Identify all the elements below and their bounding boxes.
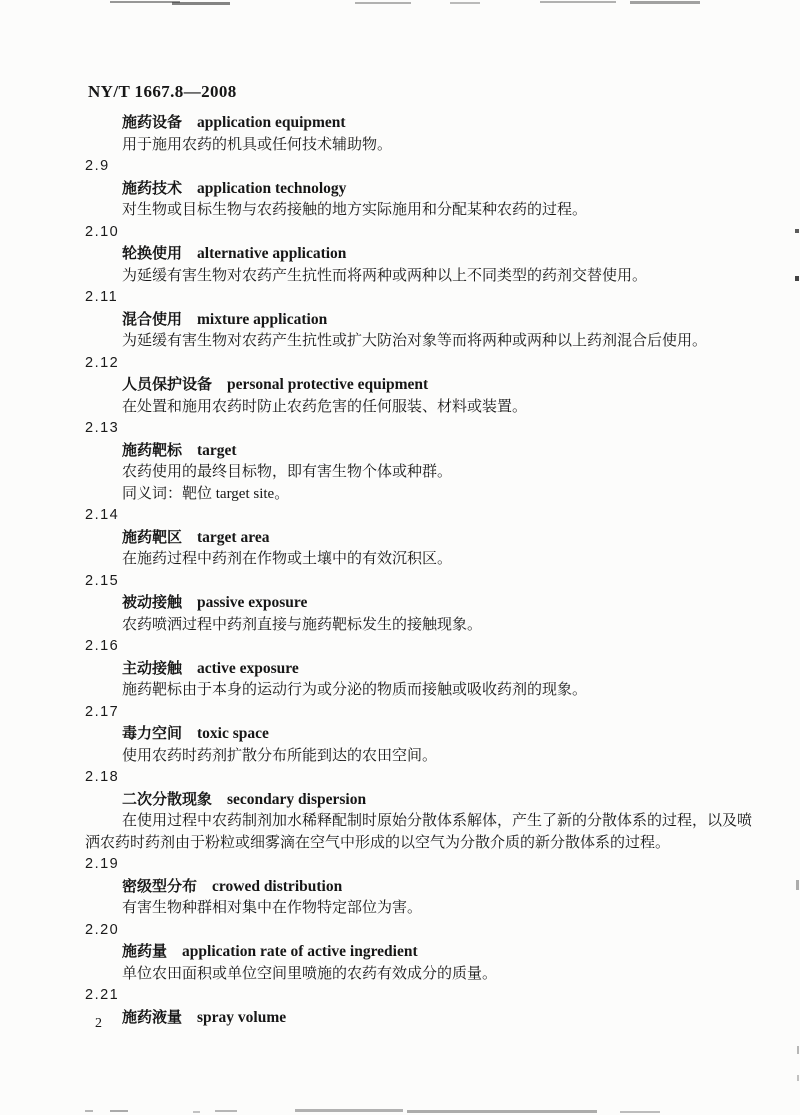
term-section: 施药设备application equipment 用于施用农药的机具或任何技术…	[85, 112, 763, 156]
section-number: 2.15	[85, 571, 763, 593]
term-section: 2.11 混合使用mixture application 为延缓有害生物对农药产…	[85, 287, 763, 353]
term-section: 2.15 被动接触passive exposure 农药喷洒过程中药剂直接与施药…	[85, 571, 763, 637]
term-line: 混合使用mixture application	[85, 309, 763, 332]
scan-artifact	[795, 276, 799, 281]
section-number: 2.19	[85, 854, 763, 876]
section-number: 2.10	[85, 222, 763, 244]
term-english: crowed distribution	[212, 878, 342, 895]
term-section: 2.21 施药液量spray volume	[85, 985, 763, 1029]
term-line: 轮换使用alternative application	[85, 243, 763, 266]
term-chinese: 施药靶区	[122, 529, 182, 546]
section-number: 2.9	[85, 156, 763, 178]
term-line: 施药液量spray volume	[85, 1007, 763, 1030]
scan-artifact	[85, 1110, 93, 1112]
term-definition: 在处置和施用农药时防止农药危害的任何服装、材料或装置。	[85, 397, 763, 419]
term-chinese: 毒力空间	[122, 725, 182, 742]
term-english: secondary dispersion	[227, 791, 366, 808]
term-section: 2.13 施药靶标target 农药使用的最终目标物，即有害生物个体或种群。 同…	[85, 418, 763, 505]
term-line: 毒力空间toxic space	[85, 723, 763, 746]
term-english: active exposure	[197, 660, 299, 677]
section-number: 2.12	[85, 353, 763, 375]
scan-artifact	[355, 2, 411, 4]
term-line: 施药靶区target area	[85, 527, 763, 550]
term-chinese: 施药液量	[122, 1009, 182, 1026]
term-chinese: 混合使用	[122, 311, 182, 328]
term-definition: 单位农田面积或单位空间里喷施的农药有效成分的质量。	[85, 964, 763, 986]
sections: 施药设备application equipment 用于施用农药的机具或任何技术…	[85, 112, 763, 1029]
term-section: 2.14 施药靶区target area 在施药过程中药剂在作物或土壤中的有效沉…	[85, 505, 763, 571]
term-section: 2.12 人员保护设备personal protective equipment…	[85, 353, 763, 419]
term-definition: 对生物或目标生物与农药接触的地方实际施用和分配某种农药的过程。	[85, 200, 763, 222]
scan-artifact	[795, 229, 799, 233]
section-number: 2.11	[85, 287, 763, 309]
section-number: 2.16	[85, 636, 763, 658]
term-section: 2.20 施药量application rate of active ingre…	[85, 920, 763, 986]
page-number: 2	[95, 1016, 102, 1032]
term-chinese: 被动接触	[122, 594, 182, 611]
scan-artifact	[193, 1111, 200, 1113]
scan-artifact	[540, 1, 616, 3]
term-chinese: 主动接触	[122, 660, 182, 677]
term-definition: 在施药过程中药剂在作物或土壤中的有效沉积区。	[85, 549, 763, 571]
term-line: 施药靶标target	[85, 440, 763, 463]
term-definition: 农药喷洒过程中药剂直接与施药靶标发生的接触现象。	[85, 615, 763, 637]
term-line: 被动接触passive exposure	[85, 592, 763, 615]
term-definition: 为延缓有害生物对农药产生抗性而将两种或两种以上不同类型的药剂交替使用。	[85, 266, 763, 288]
term-definition: 使用农药时药剂扩散分布所能到达的农田空间。	[85, 746, 763, 768]
term-definition: 为延缓有害生物对农药产生抗性或扩大防治对象等而将两种或两种以上药剂混合后使用。	[85, 331, 763, 353]
term-chinese: 轮换使用	[122, 245, 182, 262]
term-line: 施药技术application technology	[85, 178, 763, 201]
term-chinese: 施药量	[122, 943, 167, 960]
section-number: 2.14	[85, 505, 763, 527]
term-line: 施药设备application equipment	[85, 112, 763, 135]
term-english: application rate of active ingredient	[182, 943, 418, 960]
term-definition: 在使用过程中农药制剂加水稀释配制时原始分散体系解体，产生了新的分散体系的过程，以…	[85, 811, 763, 854]
term-section: 2.9 施药技术application technology 对生物或目标生物与…	[85, 156, 763, 222]
scanned-document-page: NY/T 1667.8—2008 施药设备application equipme…	[0, 0, 800, 1115]
term-chinese: 密级型分布	[122, 878, 197, 895]
term-chinese: 二次分散现象	[122, 791, 212, 808]
term-english: personal protective equipment	[227, 376, 428, 393]
scan-artifact	[407, 1110, 597, 1113]
section-number: 2.20	[85, 920, 763, 942]
term-english: mixture application	[197, 311, 327, 328]
term-definition: 用于施用农药的机具或任何技术辅助物。	[85, 135, 763, 157]
term-synonym: 同义词：靶位 target site。	[85, 484, 763, 506]
term-chinese: 人员保护设备	[122, 376, 212, 393]
term-definition: 施药靶标由于本身的运动行为或分泌的物质而接触或吸收药剂的现象。	[85, 680, 763, 702]
term-english: target	[197, 442, 237, 459]
term-line: 主动接触active exposure	[85, 658, 763, 681]
scan-artifact	[620, 1111, 660, 1113]
term-english: toxic space	[197, 725, 269, 742]
term-english: passive exposure	[197, 594, 307, 611]
scan-artifact	[797, 1046, 799, 1054]
term-line: 密级型分布crowed distribution	[85, 876, 763, 899]
section-number: 2.13	[85, 418, 763, 440]
scan-artifact	[295, 1109, 403, 1112]
term-definition: 农药使用的最终目标物，即有害生物个体或种群。	[85, 462, 763, 484]
term-section: 2.19 密级型分布crowed distribution 有害生物种群相对集中…	[85, 854, 763, 920]
scan-artifact	[630, 1, 700, 4]
term-section: 2.18 二次分散现象secondary dispersion 在使用过程中农药…	[85, 767, 763, 854]
scan-artifact	[450, 2, 480, 4]
section-number: 2.18	[85, 767, 763, 789]
term-section: 2.17 毒力空间toxic space 使用农药时药剂扩散分布所能到达的农田空…	[85, 702, 763, 768]
term-english: target area	[197, 529, 269, 546]
scan-artifact	[110, 1110, 128, 1112]
term-line: 二次分散现象secondary dispersion	[85, 789, 763, 812]
term-english: application equipment	[197, 114, 346, 131]
scan-artifact	[796, 880, 799, 890]
term-english: spray volume	[197, 1009, 286, 1026]
term-line: 人员保护设备personal protective equipment	[85, 374, 763, 397]
section-number: 2.21	[85, 985, 763, 1007]
document-standard-number: NY/T 1667.8—2008	[88, 82, 237, 102]
term-definition: 有害生物种群相对集中在作物特定部位为害。	[85, 898, 763, 920]
section-number: 2.17	[85, 702, 763, 724]
term-english: alternative application	[197, 245, 346, 262]
term-chinese: 施药技术	[122, 180, 182, 197]
scan-artifact	[215, 1110, 237, 1112]
term-section: 2.16 主动接触active exposure 施药靶标由于本身的运动行为或分…	[85, 636, 763, 702]
term-line: 施药量application rate of active ingredient	[85, 941, 763, 964]
scan-artifact	[172, 2, 230, 5]
scan-artifact	[110, 1, 180, 3]
scan-artifact	[797, 1075, 799, 1081]
term-english: application technology	[197, 180, 346, 197]
term-section: 2.10 轮换使用alternative application 为延缓有害生物…	[85, 222, 763, 288]
term-chinese: 施药设备	[122, 114, 182, 131]
term-chinese: 施药靶标	[122, 442, 182, 459]
